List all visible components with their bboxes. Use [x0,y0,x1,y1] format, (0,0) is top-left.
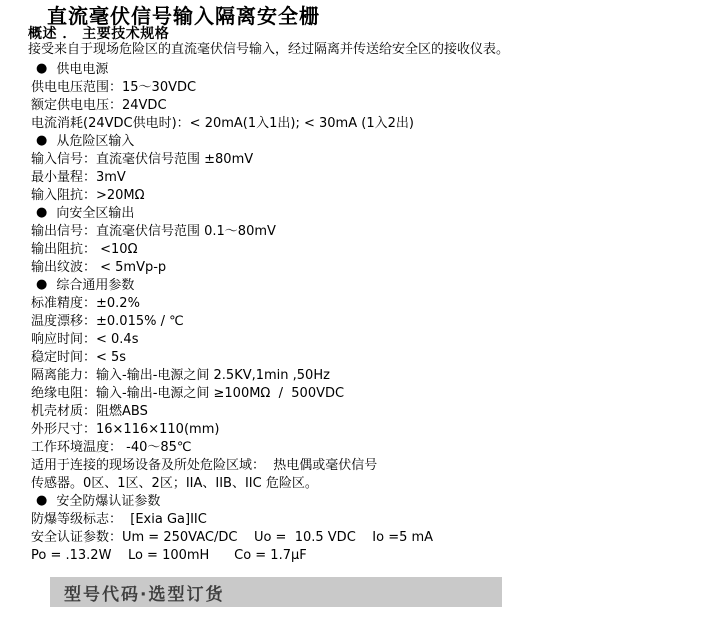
bullet-icon: ● [36,492,47,510]
spec-line: 输出阻抗： <10Ω [31,241,727,259]
spec-line: 传感器。0区、1区、2区；IIA、IIB、IIC 危险区。 [31,475,727,493]
spec-line: 温度漂移：±0.015% / ℃ [31,313,727,331]
bullet-icon: ● [36,132,47,150]
spec-section-header: ●供电电源 [31,61,727,79]
document-page: 直流毫伏信号输入隔离安全栅 概述 ． 主要技术规格 接受来自于现场危险区的直流毫… [0,0,727,628]
page-title: 直流毫伏信号输入隔离安全栅 [47,5,727,27]
spec-line: 绝缘电阻：输入-输出-电源之间 ≥100MΩ / 500VDC [31,385,727,403]
spec-line: 额定供电电压：24VDC [31,97,727,115]
spec-section-title: 从危险区输入 [56,134,134,149]
intro-paragraph: 接受来自于现场危险区的直流毫伏信号输入，经过隔离并传送给安全区的接收仪表。 [28,42,727,58]
spec-line: 隔离能力：输入-输出-电源之间 2.5KV,1min ,50Hz [31,367,727,385]
footer-banner-label: 型号代码·选型订货 [50,580,224,605]
spec-section-title: 安全防爆认证参数 [56,494,160,509]
spec-line: 标准精度：±0.2% [31,295,727,313]
spec-line: Po = .13.2W Lo = 100mH Co = 1.7μF [31,547,727,565]
footer-section-banner: 型号代码·选型订货 [50,577,502,607]
section-heading: 概述 ． 主要技术规格 [28,27,727,42]
spec-section-header: ●综合通用参数 [31,277,727,295]
spec-section-title: 向安全区输出 [56,206,134,221]
spec-line: 稳定时间：< 5s [31,349,727,367]
bullet-icon: ● [36,204,47,222]
spec-section-header: ●向安全区输出 [31,205,727,223]
spec-line: 防爆等级标志： [Exia Ga]IIC [31,511,727,529]
spec-line: 最小量程：3mV [31,169,727,187]
spec-line: 工作环境温度： -40～85℃ [31,439,727,457]
bullet-icon: ● [36,276,47,294]
spec-line: 供电电压范围：15～30VDC [31,79,727,97]
spec-line: 外形尺寸：16×116×110(mm) [31,421,727,439]
spec-line: 电流消耗(24VDC供电时)：< 20mA(1入1出); < 30mA (1入2… [31,115,727,133]
spec-line: 输入阻抗：>20MΩ [31,187,727,205]
spec-line: 输入信号：直流毫伏信号范围 ±80mV [31,151,727,169]
spec-line: 输出信号：直流毫伏信号范围 0.1～80mV [31,223,727,241]
spec-line: 响应时间：< 0.4s [31,331,727,349]
spec-line: 机壳材质：阻燃ABS [31,403,727,421]
spec-line: 输出纹波： < 5mVp-p [31,259,727,277]
spec-list: ●供电电源供电电压范围：15～30VDC额定供电电压：24VDC电流消耗(24V… [0,61,727,565]
spec-section-title: 综合通用参数 [56,278,134,293]
spec-line: 适用于连接的现场设备及所处危险区域： 热电偶或毫伏信号 [31,457,727,475]
spec-section-title: 供电电源 [56,62,108,77]
spec-section-header: ●安全防爆认证参数 [31,493,727,511]
spec-line: 安全认证参数：Um = 250VAC/DC Uo = 10.5 VDC Io =… [31,529,727,547]
bullet-icon: ● [36,60,47,78]
spec-section-header: ●从危险区输入 [31,133,727,151]
